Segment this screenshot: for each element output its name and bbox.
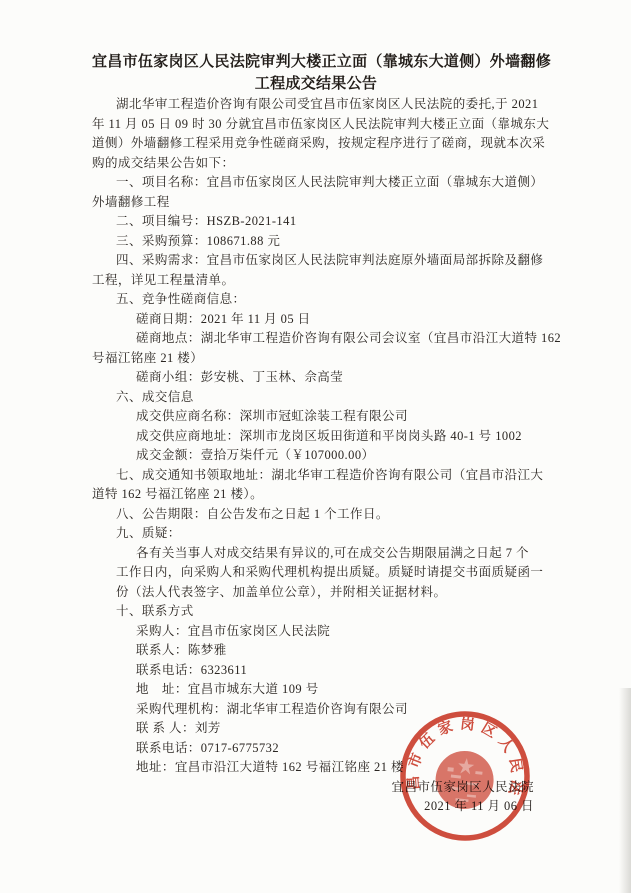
document-line: 七、成交通知书领取地址：湖北华审工程造价咨询有限公司（宜昌市沿江大 xyxy=(116,466,540,486)
document-line: 份（法人代表签字、加盖单位公章），并附相关证据材料。 xyxy=(116,583,540,603)
scan-edge-artifact xyxy=(619,688,631,893)
document-line: 成交金额：壹拾万柒仟元（￥107000.00） xyxy=(136,446,540,466)
document-line: 联系人：陈梦雅 xyxy=(136,641,540,661)
document-line: 八、公告期限：自公告发布之日起 1 个工作日。 xyxy=(116,505,540,525)
document-line: 各有关当事人对成交结果有异议的,可在成交公告期限届满之日起 7 个 xyxy=(136,544,540,564)
document-line: 二、项目编号：HSZB-2021-141 xyxy=(116,212,540,232)
document-body: 湖北华审工程造价咨询有限公司受宜昌市伍家岗区人民法院的委托,于 2021年 11… xyxy=(92,95,540,778)
official-seal-graphic: 宜昌市伍家岗区人民法院 xyxy=(388,699,542,853)
scanned-announcement-page: 宜昌市伍家岗区人民法院审判大楼正立面（靠城东大道侧）外墙翻修 工程成交结果公告 … xyxy=(0,0,631,893)
document-line: 外墙翻修工程 xyxy=(92,193,540,213)
document-line: 一、项目名称：宜昌市伍家岗区人民法院审判大楼正立面（靠城东大道侧） xyxy=(116,173,540,193)
document-line: 采购人：宜昌市伍家岗区人民法院 xyxy=(136,622,540,642)
document-line: 道侧）外墙翻修工程采用竞争性磋商采购，按规定程序进行了磋商，现就本次采 xyxy=(92,134,540,154)
document-line: 三、采购预算：108671.88 元 xyxy=(116,232,540,252)
document-line: 九、质疑： xyxy=(116,524,540,544)
document-line: 磋商日期：2021 年 11 月 05 日 xyxy=(136,310,540,330)
document-line: 联系电话：6323611 xyxy=(136,661,540,681)
document-line: 年 11 月 05 日 09 时 30 分就宜昌市伍家岗区人民法院审判大楼正立面… xyxy=(92,115,540,135)
document-line: 六、成交信息 xyxy=(116,388,540,408)
national-emblem-icon xyxy=(433,748,497,812)
announcement-document: 宜昌市伍家岗区人民法院审判大楼正立面（靠城东大道侧）外墙翻修 工程成交结果公告 … xyxy=(92,51,540,817)
document-line: 成交供应商地址：深圳市龙岗区坂田街道和平岗岗头路 40-1 号 1002 xyxy=(136,427,540,447)
document-line: 湖北华审工程造价咨询有限公司受宜昌市伍家岗区人民法院的委托,于 2021 xyxy=(116,95,540,115)
document-line: 号福江铭座 21 楼） xyxy=(92,349,540,369)
document-line: 四、采购需求：宜昌市伍家岗区人民法院审判法庭原外墙面局部拆除及翻修 xyxy=(116,251,540,271)
document-line: 道特 162 号福江铭座 21 楼）。 xyxy=(92,485,540,505)
document-line: 五、竞争性磋商信息： xyxy=(116,290,540,310)
document-title-line2: 工程成交结果公告 xyxy=(92,73,540,95)
document-line: 成交供应商名称：深圳市冠虹涂装工程有限公司 xyxy=(136,407,540,427)
document-title-line1: 宜昌市伍家岗区人民法院审判大楼正立面（靠城东大道侧）外墙翻修 xyxy=(92,51,540,73)
document-line: 磋商小组：彭安桃、丁玉林、佘高莹 xyxy=(136,368,540,388)
document-line: 地 址：宜昌市城东大道 109 号 xyxy=(136,680,540,700)
document-line: 工程，详见工程量清单。 xyxy=(92,271,540,291)
official-seal: 宜昌市伍家岗区人民法院 xyxy=(388,699,542,853)
document-line: 购的成交结果公告如下： xyxy=(92,154,540,174)
document-line: 十、联系方式 xyxy=(116,602,540,622)
document-line: 磋商地点：湖北华审工程造价咨询有限公司会议室（宜昌市沿江大道特 162 xyxy=(136,329,540,349)
document-line: 工作日内，向采购人和采购代理机构提出质疑。质疑时请提交书面质疑函一 xyxy=(116,563,540,583)
